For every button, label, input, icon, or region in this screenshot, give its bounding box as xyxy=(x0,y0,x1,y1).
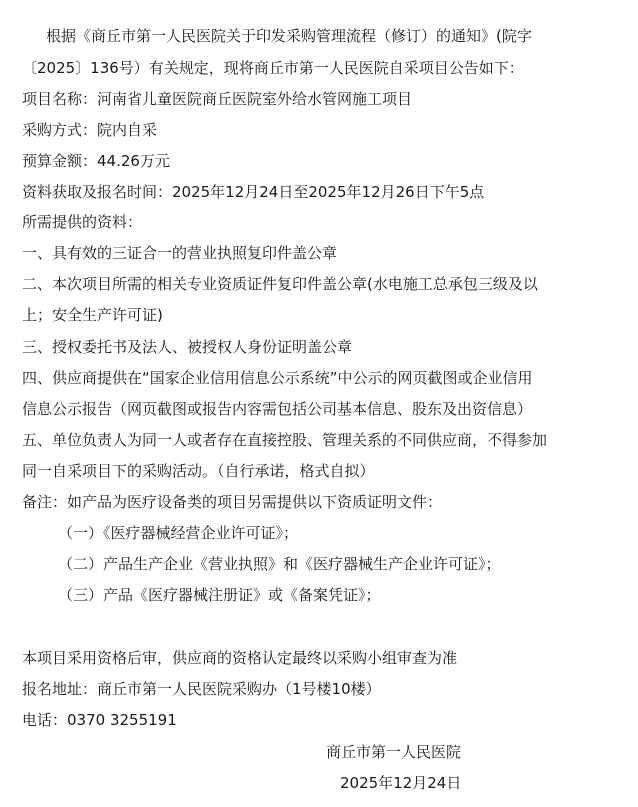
remark-item: （三）产品《医疗器械注册证》或《备案凭证》； xyxy=(58,585,381,605)
material-item: 一、具有效的三证合一的营业执照复印件盖公章 xyxy=(22,243,337,263)
material-item: 五、单位负责人为同一人或者存在直接控股、管理关系的不同供应商，不得参加 xyxy=(22,430,547,450)
procurement-method: 采购方式：院内自采 xyxy=(22,120,157,140)
materials-heading: 所需提供的资料： xyxy=(22,212,142,232)
project-name: 项目名称：河南省儿童医院商丘医院室外给水管网施工项目 xyxy=(22,89,412,109)
material-item: 二、本次项目所需的相关专业资质证件复印件盖公章(水电施工总承包三级及以 xyxy=(22,274,538,294)
material-item-continuation: 信息公示报告（网页截图或报告内容需包括公司基本信息、股东及出资信息） xyxy=(22,399,532,419)
intro-line-1: 根据《商丘市第一人民医院关于印发采购管理流程（修订）的通知》(院字 xyxy=(46,26,532,46)
signature-organization: 商丘市第一人民医院 xyxy=(326,742,461,762)
material-item-continuation: 上；安全生产许可证) xyxy=(22,305,163,325)
material-item: 三、授权委托书及法人、被授权人身份证明盖公章 xyxy=(22,337,352,357)
remark: 备注：如产品为医疗设备类的项目另需提供以下资质证明文件： xyxy=(22,492,442,512)
material-item-continuation: 同一自采项目下的采购活动。（自行承诺，格式自拟） xyxy=(22,461,375,481)
signature-date: 2025年12月24日 xyxy=(340,773,461,793)
contact-phone: 电话：0370 3255191 xyxy=(22,710,177,730)
intro-line-2: 〔2025〕136号）有关规定，现将商丘市第一人民医院自采项目公告如下： xyxy=(22,58,524,78)
budget-amount: 预算金额：44.26万元 xyxy=(22,151,170,171)
registration-address: 报名地址：商丘市第一人民医院采购办（1号楼10楼） xyxy=(22,679,381,699)
remark-item: （二）产品生产企业《营业执照》和《医疗器械生产企业许可证》； xyxy=(58,554,501,574)
registration-time: 资料获取及报名时间：2025年12月24日至2025年12月26日下午5点 xyxy=(22,182,484,202)
remark-item: （一）《医疗器械经营企业许可证》； xyxy=(58,523,298,543)
review-note: 本项目采用资格后审，供应商的资格认定最终以采购小组审查为准 xyxy=(22,648,457,668)
material-item: 四、供应商提供在“国家企业信用信息公示系统”中公示的网页截图或企业信用 xyxy=(22,368,533,388)
